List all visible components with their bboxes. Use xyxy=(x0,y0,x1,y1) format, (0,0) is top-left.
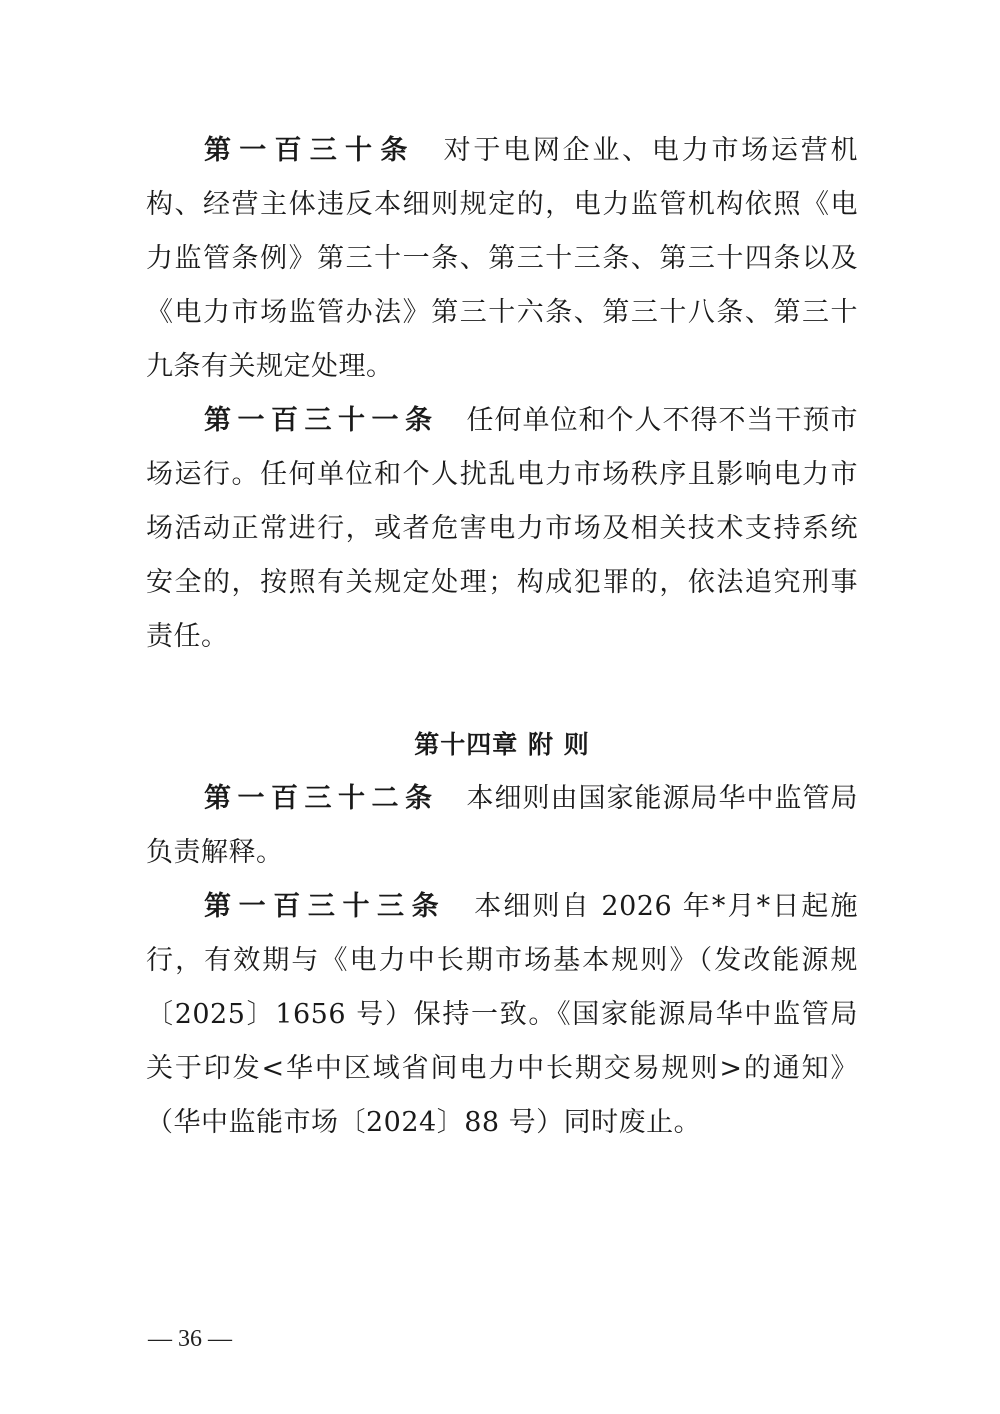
chapter-heading: 第十四章 附 则 xyxy=(146,718,858,772)
article-number: 第一百三十一条 xyxy=(204,405,439,436)
article-131: 第一百三十一条任何单位和个人不得不当干预市场运行。任何单位和个人扰乱电力市场秩序… xyxy=(146,394,858,664)
article-text: 本细则自 2026 年*月*日起施行，有效期与《电力中长期市场基本规则》（发改能… xyxy=(146,891,858,1138)
article-133: 第一百三十三条本细则自 2026 年*月*日起施行，有效期与《电力中长期市场基本… xyxy=(146,880,858,1150)
article-132: 第一百三十二条本细则由国家能源局华中监管局负责解释。 xyxy=(146,772,858,880)
article-number: 第一百三十条 xyxy=(204,135,416,166)
article-text: 对于电网企业、电力市场运营机构、经营主体违反本细则规定的，电力监管机构依照《电力… xyxy=(146,135,858,382)
article-text: 任何单位和个人不得不当干预市场运行。任何单位和个人扰乱电力市场秩序且影响电力市场… xyxy=(146,405,858,652)
document-page: 第一百三十条对于电网企业、电力市场运营机构、经营主体违反本细则规定的，电力监管机… xyxy=(146,124,858,1150)
page-number: — 36 — xyxy=(148,1326,232,1353)
article-number: 第一百三十三条 xyxy=(204,891,446,922)
article-130: 第一百三十条对于电网企业、电力市场运营机构、经营主体违反本细则规定的，电力监管机… xyxy=(146,124,858,394)
article-number: 第一百三十二条 xyxy=(204,783,439,814)
